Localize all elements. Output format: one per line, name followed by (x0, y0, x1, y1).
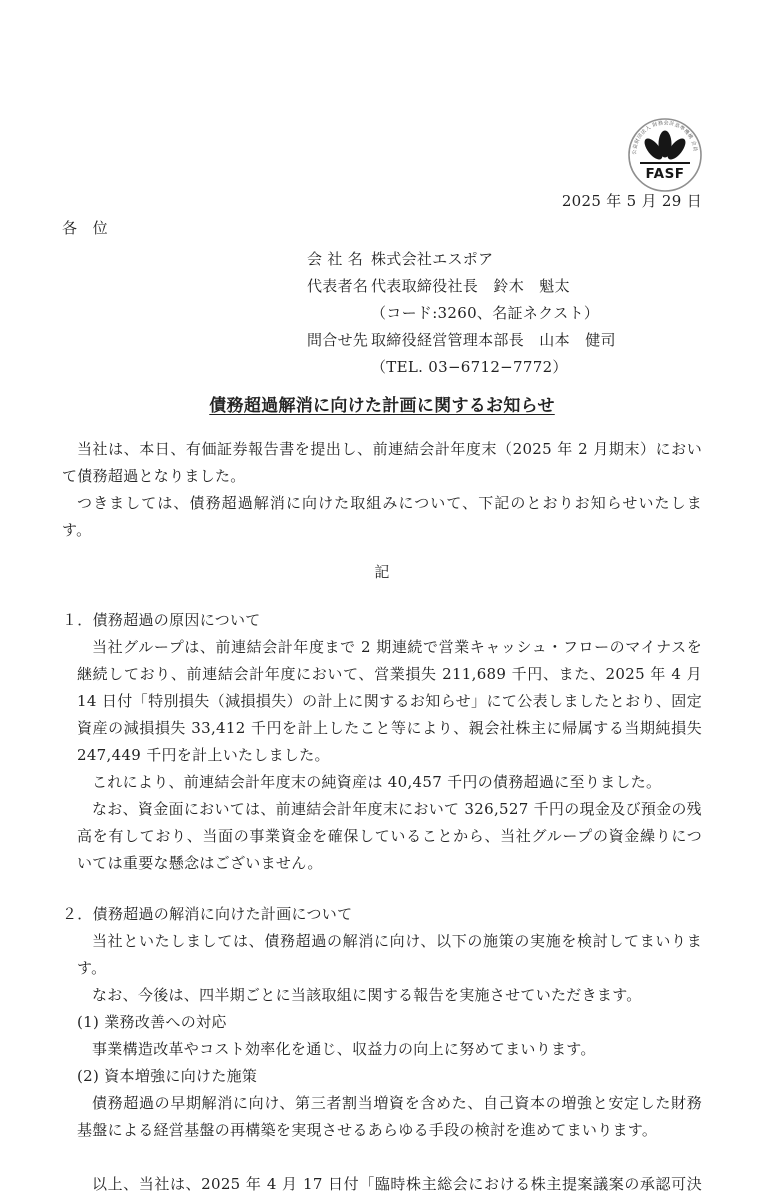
company-info-row: 会 社 名 株式会社エスポア (307, 246, 702, 273)
document-title-text: 債務超過解消に向けた計画に関するお知らせ (209, 396, 555, 416)
company-info-row: （コード:3260、名証ネクスト） (307, 300, 702, 327)
measure-2-body: 債務超過の早期解消に向け、第三者割当増資を含めた、自己資本の増強と安定した財務基… (62, 1090, 702, 1144)
intro-paragraph: つきましては、債務超過解消に向けた取組みについて、下記のとおりお知らせいたします… (62, 490, 702, 544)
section-1-paragraph: 当社グループは、前連結会計年度まで 2 期連続で営業キャッシュ・フローのマイナス… (62, 634, 702, 769)
contact-label: 問合せ先 (307, 327, 371, 354)
record-mark: 記 (62, 559, 702, 586)
stock-code-value: （コード:3260、名証ネクスト） (371, 300, 599, 327)
document-page: 公益財団法人 財務会計基準機構 会員 FASF 2025 年 5 月 29 日 … (0, 0, 758, 1200)
seal-fasf-label: FASF (645, 166, 684, 182)
document-title: 債務超過解消に向けた計画に関するお知らせ (62, 392, 702, 420)
empty-label (307, 354, 371, 381)
company-info-row: （TEL. 03−6712−7772） (307, 354, 702, 381)
measure-2-label: (2) 資本増強に向けた施策 (62, 1063, 702, 1090)
company-info-row: 代表者名 代表取締役社長 鈴木 魁太 (307, 273, 702, 300)
intro-block: 当社は、本日、有価証券報告書を提出し、前連結会計年度末（2025 年 2 月期末… (62, 436, 702, 544)
section-1-heading: １．債務超過の原因について (62, 607, 702, 634)
salutation: 各 位 (62, 216, 702, 241)
document-date: 2025 年 5 月 29 日 (62, 0, 702, 213)
closing-paragraph: 以上、当社は、2025 年 4 月 17 日付「臨時株主総会における株主提案議案… (62, 1171, 702, 1198)
section-2-paragraph: なお、今後は、四半期ごとに当該取組に関する報告を実施させていただきます。 (62, 982, 702, 1009)
empty-label (307, 300, 371, 327)
section-resolution-plan: ２．債務超過の解消に向けた計画について 当社といたしましては、債務超過の解消に向… (62, 901, 702, 1144)
section-1-paragraph: なお、資金面においては、前連結会計年度末において 326,527 千円の現金及び… (62, 796, 702, 877)
company-name-value: 株式会社エスポア (371, 246, 493, 273)
phone-value: （TEL. 03−6712−7772） (371, 354, 568, 381)
representative-value: 代表取締役社長 鈴木 魁太 (371, 273, 570, 300)
company-info-block: 会 社 名 株式会社エスポア 代表者名 代表取締役社長 鈴木 魁太 （コード:3… (307, 246, 702, 381)
section-2-paragraph: 当社といたしましては、債務超過の解消に向け、以下の施策の実施を検討してまいります… (62, 928, 702, 982)
section-1-paragraph: これにより、前連結会計年度末の純資産は 40,457 千円の債務超過に至りました… (62, 769, 702, 796)
measure-1-body: 事業構造改革やコスト効率化を通じ、収益力の向上に努めてまいります。 (62, 1036, 702, 1063)
contact-value: 取締役経営管理本部長 山本 健司 (371, 327, 616, 354)
section-2-heading: ２．債務超過の解消に向けた計画について (62, 901, 702, 928)
company-info-row: 問合せ先 取締役経営管理本部長 山本 健司 (307, 327, 702, 354)
fasf-seal-icon: 公益財団法人 財務会計基準機構 会員 FASF (627, 117, 703, 193)
intro-paragraph: 当社は、本日、有価証券報告書を提出し、前連結会計年度末（2025 年 2 月期末… (62, 436, 702, 490)
section-cause-of-insolvency: １．債務超過の原因について 当社グループは、前連結会計年度まで 2 期連続で営業… (62, 607, 702, 877)
company-name-label: 会 社 名 (307, 246, 371, 273)
representative-label: 代表者名 (307, 273, 371, 300)
measure-1-label: (1) 業務改善への対応 (62, 1009, 702, 1036)
